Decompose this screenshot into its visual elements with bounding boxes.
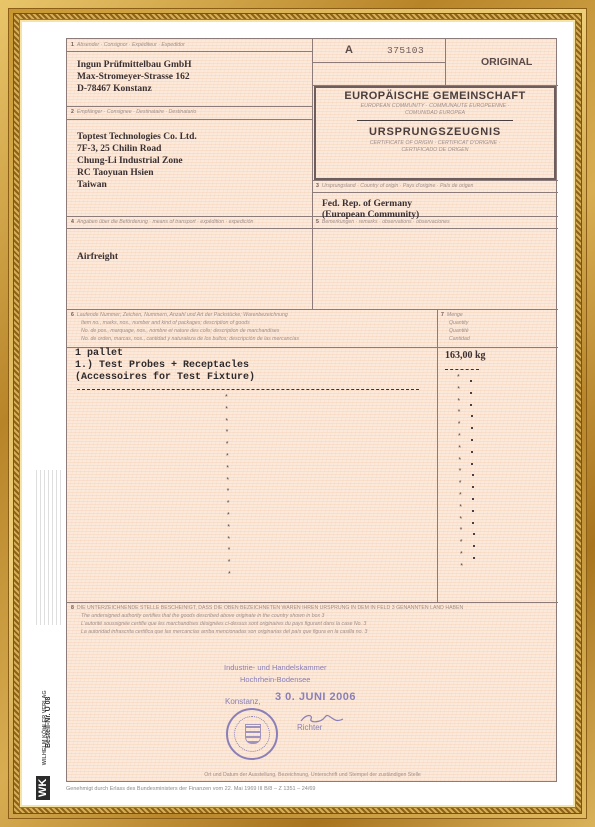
filler-dot (473, 533, 475, 535)
filler-dot (470, 404, 472, 406)
consignor-line-3: D-78467 Konstanz (77, 84, 152, 95)
goods-separator (77, 389, 419, 390)
box8-heading: DIE UNTERZEICHNENDE STELLE BESCHEINIGT, … (77, 605, 463, 611)
box4-label: Angaben über die Beförderung · means of … (77, 219, 253, 225)
filler-star: * (458, 445, 461, 452)
filler-star: * (459, 516, 462, 523)
transport-value: Airfreight (77, 252, 118, 263)
filler-star: * (226, 429, 229, 436)
filler-star: * (457, 386, 460, 393)
filler-dot (470, 380, 472, 382)
filler-star: * (458, 409, 461, 416)
consignor-line-1: Ingun Prüfmittelbau GmbH (77, 60, 192, 71)
filler-dot (471, 463, 473, 465)
box3-label: Ursprungsland · Country of origin · Pays… (322, 183, 474, 189)
country-of-origin-line-1: Fed. Rep. of Germany (322, 199, 412, 210)
consignee-line-3: Chung-Li Industrial Zone (77, 156, 183, 167)
filler-star: * (457, 374, 460, 381)
goods-line-3: (Accessoires for Test Fixture) (75, 372, 255, 384)
filler-dot (472, 522, 474, 524)
filler-star: * (226, 465, 229, 472)
box6-label-de: Laufende Nummer; Zeichen, Nummern, Anzah… (77, 312, 288, 318)
box7-label-de: Menge (447, 312, 463, 318)
box8-line-fr: L'autorité soussignée certifie que les m… (81, 621, 366, 627)
box7-label-fr: Quantité (449, 328, 469, 334)
filler-star: * (228, 571, 231, 578)
filler-star: * (226, 453, 229, 460)
filler-star: * (460, 551, 463, 558)
consignee-line-2: 7F-3, 25 Chilin Road (77, 144, 161, 155)
serial-prefix: A (345, 44, 353, 56)
title-translations-1: EUROPEAN COMMUNITY · COMMUNAUTE EUROPEEN… (314, 103, 556, 109)
filler-star: * (457, 398, 460, 405)
publisher-logo: WK (36, 776, 50, 800)
box8-line-es: La autoridad infrascrita certifica que l… (81, 629, 367, 635)
title-translations-2: COMUNIDAD EUROPEA (314, 110, 556, 116)
consignee-line-4: RC Taoyuan Hsien (77, 168, 154, 179)
filler-dot (472, 510, 474, 512)
filler-star: * (459, 504, 462, 511)
filler-star: * (459, 480, 462, 487)
filler-star: * (226, 477, 229, 484)
filler-dot (471, 439, 473, 441)
subtitle-translations-2: CERTIFICADO DE ORIGEN (314, 147, 556, 153)
filler-dot (472, 498, 474, 500)
quantity-separator (445, 369, 479, 370)
filler-star: * (458, 457, 461, 464)
box6-label-fr: No. de pos., marquage, nos., nombre et n… (81, 328, 279, 334)
filler-dot (473, 557, 475, 559)
box8-footer-label: Ort und Datum der Ausstellung, Bezeichnu… (67, 772, 558, 778)
filler-dot (472, 486, 474, 488)
filler-star: * (227, 488, 230, 495)
filler-star: * (227, 524, 230, 531)
consignee-line-5: Taiwan (77, 180, 107, 191)
stamp-place: Konstanz, (225, 697, 261, 706)
filler-star: * (228, 559, 231, 566)
publisher-order-number: Bestell-Nr. U 08 (45, 697, 52, 748)
stamp-chamber-name: Industrie- und Handelskammer (224, 663, 327, 672)
signature-scribble (299, 709, 345, 731)
goods-line-1: 1 pallet (75, 348, 123, 360)
filler-star: * (459, 468, 462, 475)
box5-label: Bemerkungen · remarks · observations · o… (322, 219, 450, 225)
box6-label-en: Item no., marks, nos., number and kind o… (81, 320, 250, 326)
filler-star: * (227, 500, 230, 507)
filler-dot (471, 451, 473, 453)
box8-line-en: The undersigned authority certifies that… (81, 613, 324, 619)
title-certificate-of-origin: URSPRUNGSZEUGNIS (314, 126, 556, 138)
title-european-community: EUROPÄISCHE GEMEINSCHAFT (314, 90, 556, 102)
official-seal (226, 708, 278, 760)
filler-star: * (458, 421, 461, 428)
filler-dot (470, 392, 472, 394)
filler-star: * (460, 527, 463, 534)
box6-label-es: No. de orden, marcas, nos., cantidad y n… (81, 336, 299, 342)
filler-star: * (225, 418, 228, 425)
box2-label: Empfänger · Consignee · Destinataire · D… (77, 109, 196, 115)
filler-star: * (227, 536, 230, 543)
serial-number: 375103 (387, 45, 424, 56)
filler-dot (471, 415, 473, 417)
subtitle-translations-1: CERTIFICATE OF ORIGIN · CERTIFICAT D'ORI… (314, 140, 556, 146)
filler-star: * (226, 441, 229, 448)
approval-note: Genehmigt durch Erlass des Bundesministe… (66, 786, 315, 792)
filler-star: * (225, 394, 228, 401)
filler-dot (471, 427, 473, 429)
stamp-date: 3 0. JUNI 2006 (275, 691, 356, 703)
filler-dot (473, 545, 475, 547)
original-label: ORIGINAL (481, 56, 532, 68)
filler-star: * (458, 433, 461, 440)
filler-star: * (460, 539, 463, 546)
box7-label-en: Quantity (449, 320, 468, 326)
goods-line-2: 1.) Test Probes + Receptacles (75, 360, 249, 372)
box7-label-es: Cantidad (449, 336, 470, 342)
publisher-addresses (36, 470, 62, 625)
filler-star: * (227, 512, 230, 519)
certificate-form: 1Absender · Consignor · Expéditeur · Exp… (66, 38, 557, 782)
coat-of-arms-icon (245, 724, 261, 744)
consignee-line-1: Toptest Technologies Co. Ltd. (77, 132, 197, 143)
filler-star: * (460, 563, 463, 570)
stamp-chamber-region: Hochrhein-Bodensee (240, 675, 310, 684)
quantity-value: 163,00 kg (445, 350, 486, 361)
filler-star: * (228, 547, 231, 554)
filler-dot (472, 474, 474, 476)
filler-star: * (459, 492, 462, 499)
filler-star: * (225, 406, 228, 413)
box1-label: Absender · Consignor · Expéditeur · Expe… (77, 42, 185, 48)
consignor-line-2: Max-Stromeyer-Strasse 162 (77, 72, 190, 83)
